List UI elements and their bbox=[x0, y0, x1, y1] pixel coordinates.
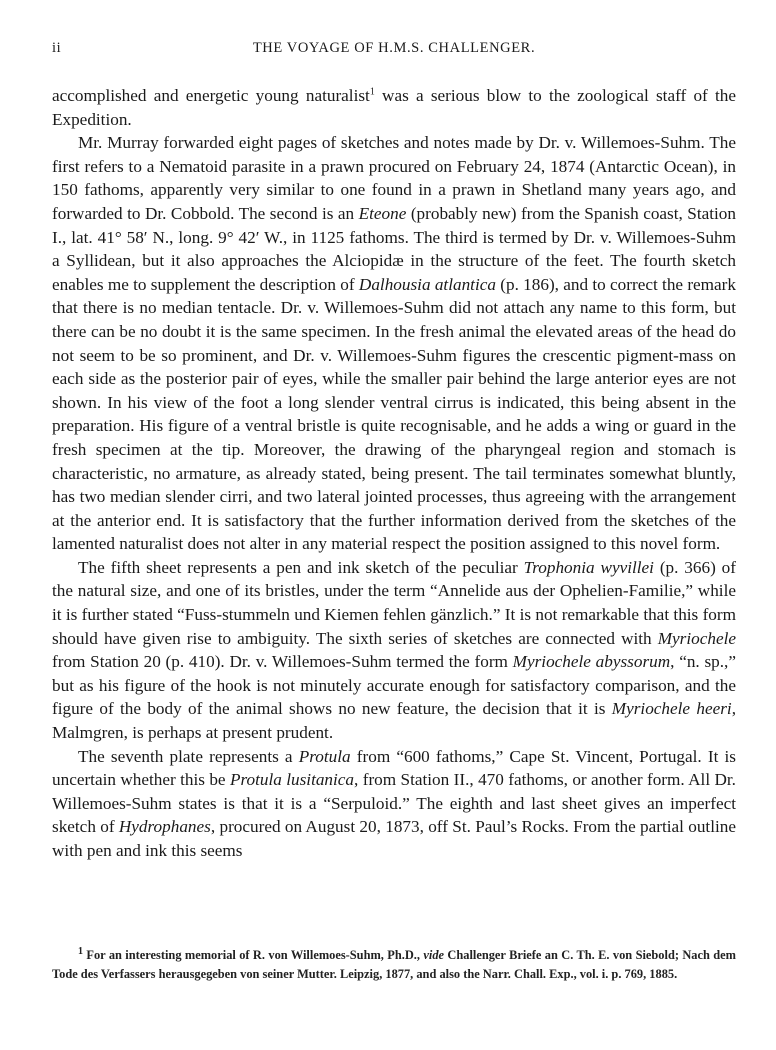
italic-taxon-name: Protula lusitanica bbox=[230, 770, 354, 789]
text-run: (p. 186), and to correct the remark that… bbox=[52, 275, 736, 554]
body-text: accomplished and energetic young natural… bbox=[52, 84, 736, 863]
italic-taxon-name: Dalhousia atlantica bbox=[359, 275, 496, 294]
text-run: For an interesting memorial of R. von Wi… bbox=[83, 948, 423, 962]
italic-taxon-name: Trophonia wyvillei bbox=[524, 558, 654, 577]
paragraph: The fifth sheet represents a pen and ink… bbox=[52, 556, 736, 745]
text-run: The fifth sheet represents a pen and ink… bbox=[78, 558, 524, 577]
text-run: accomplished and energetic young natural… bbox=[52, 86, 370, 105]
text-run: The seventh plate represents a bbox=[78, 747, 299, 766]
italic-taxon-name: Myriochele abyssorum bbox=[513, 652, 671, 671]
book-page: ii THE VOYAGE OF H.M.S. CHALLENGER. acco… bbox=[0, 0, 776, 1050]
footnote: 1 For an interesting memorial of R. von … bbox=[52, 946, 736, 983]
italic-taxon-name: Eteone bbox=[359, 204, 407, 223]
text-run: from Station 20 (p. 410). Dr. v. Willemo… bbox=[52, 652, 513, 671]
italic-taxon-name: Hydrophanes bbox=[119, 817, 211, 836]
italic-taxon-name: vide bbox=[423, 948, 444, 962]
paragraph: Mr. Murray forwarded eight pages of sket… bbox=[52, 131, 736, 556]
running-head: ii THE VOYAGE OF H.M.S. CHALLENGER. bbox=[52, 40, 736, 62]
italic-taxon-name: Myriochele bbox=[658, 629, 736, 648]
running-title: THE VOYAGE OF H.M.S. CHALLENGER. bbox=[52, 40, 736, 57]
paragraph: The seventh plate represents a Protula f… bbox=[52, 745, 736, 863]
italic-taxon-name: Protula bbox=[299, 747, 351, 766]
paragraph: accomplished and energetic young natural… bbox=[52, 84, 736, 131]
italic-taxon-name: Myriochele heeri bbox=[612, 699, 732, 718]
